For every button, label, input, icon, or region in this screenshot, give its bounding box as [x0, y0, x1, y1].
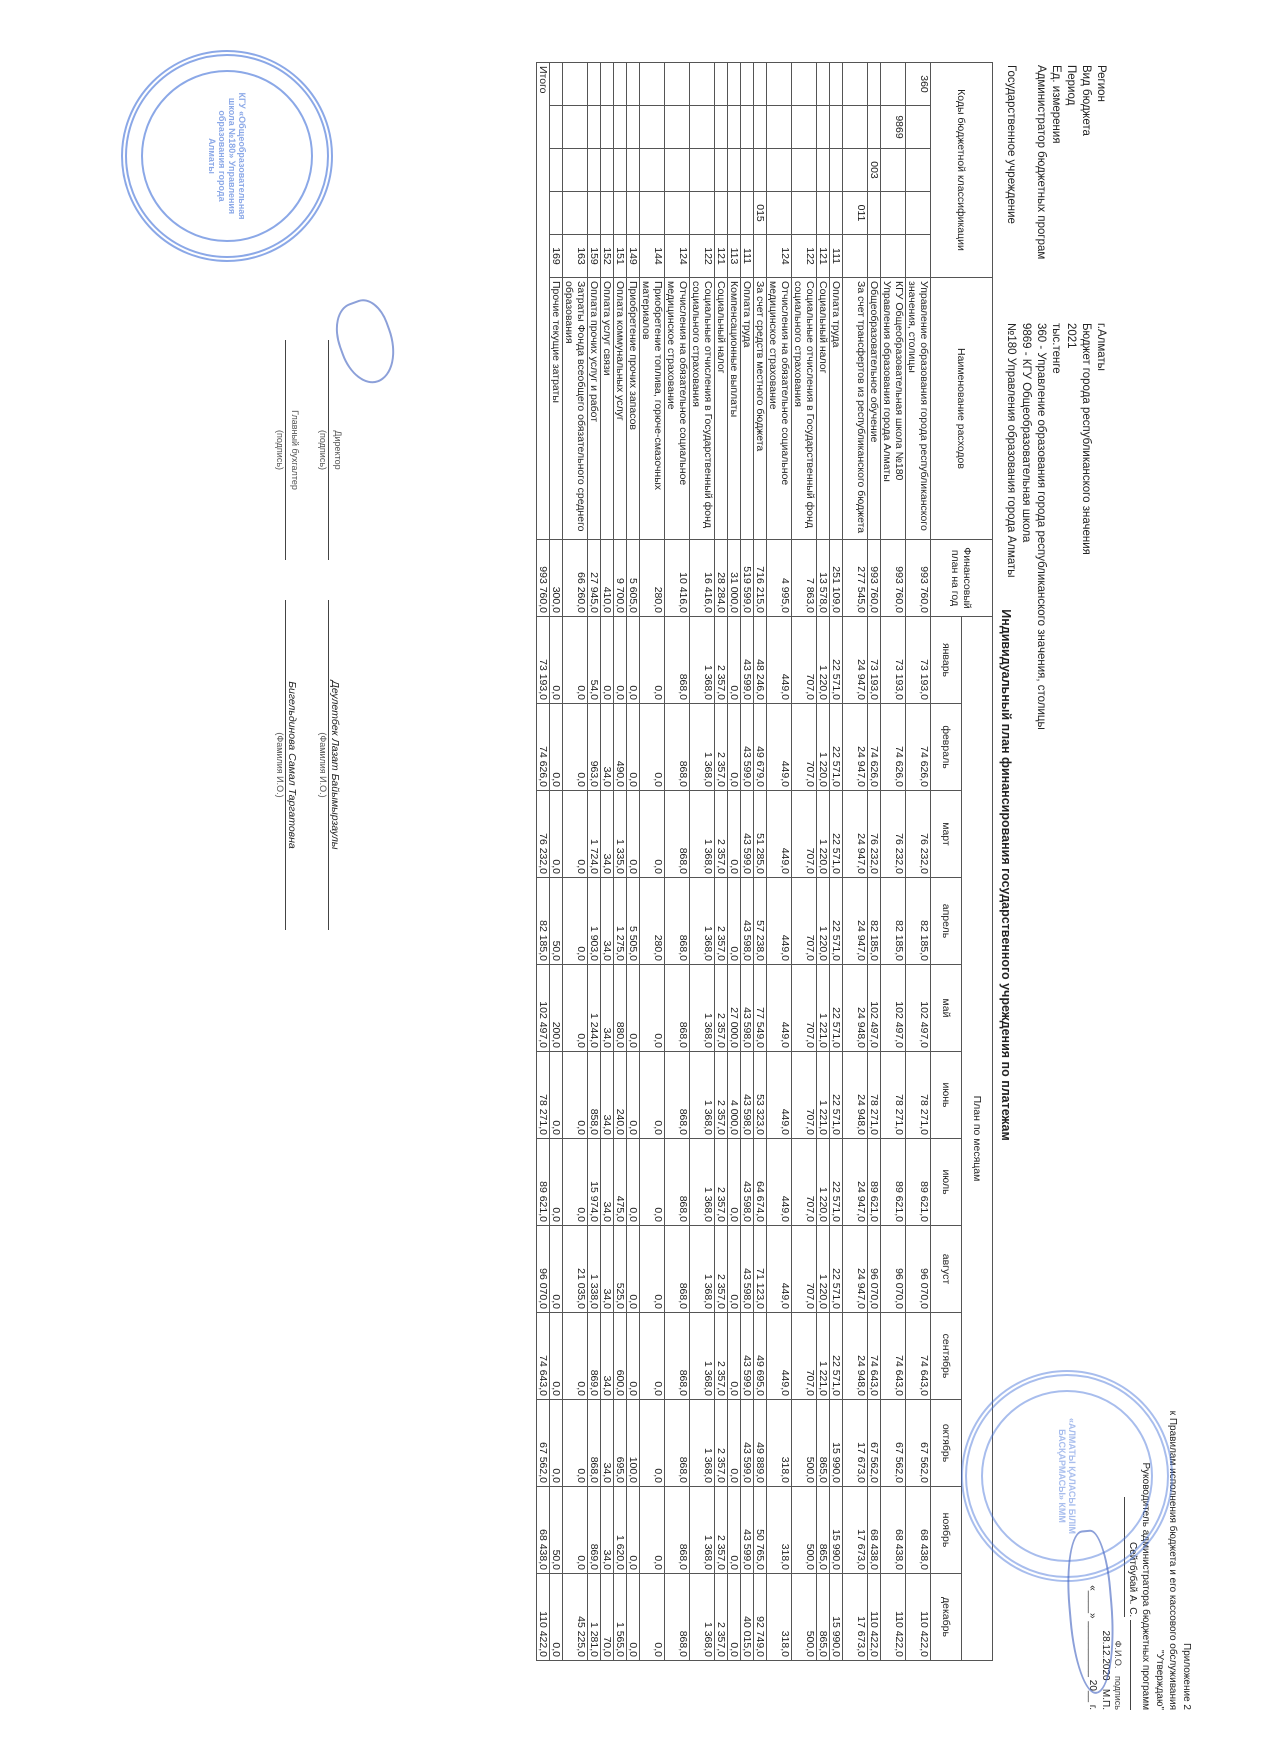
meta-key: Регион	[1093, 65, 1108, 323]
table-row: 124Отчисления на обязательное социальное…	[767, 63, 792, 1661]
budget-code	[601, 106, 614, 149]
monthly-plan: 868,0	[665, 1052, 690, 1139]
monthly-plan: 74 643,0	[881, 1313, 906, 1400]
monthly-plan: 43 598,0	[741, 1139, 754, 1226]
monthly-plan: 24 947,0	[843, 1226, 868, 1313]
monthly-plan: 73 193,0	[868, 617, 881, 704]
annual-plan: 993 760,0	[868, 540, 881, 617]
rules-label: к Правилам исполнения бюджета и его касс…	[1166, 1390, 1180, 1710]
monthly-plan: 102 497,0	[906, 965, 931, 1052]
meta-row: Вид бюджетаБюджет города республиканског…	[1078, 65, 1093, 738]
monthly-plan: 0,0	[550, 704, 563, 791]
header-month: сентябрь	[931, 1313, 962, 1400]
monthly-plan: 74 643,0	[868, 1313, 881, 1400]
annual-plan: 519 599,0	[741, 540, 754, 617]
meta-value: г.Алматы	[1093, 323, 1108, 738]
expense-name: За счет средств местного бюджета	[754, 278, 767, 540]
monthly-plan: 707,0	[792, 791, 817, 878]
monthly-plan: 0,0	[563, 1313, 588, 1400]
monthly-plan: 865,0	[817, 1400, 830, 1487]
monthly-plan: 24 948,0	[843, 965, 868, 1052]
name-caption: (Фамилия И.О.)	[318, 600, 328, 930]
monthly-plan: 73 193,0	[881, 617, 906, 704]
budget-code: 151	[614, 235, 627, 278]
monthly-plan: 51 285,0	[754, 791, 767, 878]
monthly-plan: 24 947,0	[843, 704, 868, 791]
budget-code	[906, 235, 931, 278]
table-row: 159Оплата прочих услуг и работ27 945,054…	[588, 63, 601, 1661]
annual-plan: 410,0	[601, 540, 614, 617]
budget-code	[563, 106, 588, 149]
monthly-plan: 963,0	[588, 704, 601, 791]
monthly-plan: 0,0	[728, 1139, 741, 1226]
monthly-plan: 449,0	[767, 1052, 792, 1139]
budget-code: 122	[792, 235, 817, 278]
budget-code	[881, 63, 906, 106]
budget-code	[868, 63, 881, 106]
monthly-plan: 40 015,0	[741, 1574, 754, 1661]
monthly-plan: 1 281,0	[588, 1574, 601, 1661]
total-monthly: 67 562,0	[537, 1400, 550, 1487]
signature-caption: (подпись)	[275, 340, 285, 560]
budget-code	[741, 192, 754, 235]
monthly-plan: 76 232,0	[906, 791, 931, 878]
monthly-plan: 78 271,0	[906, 1052, 931, 1139]
monthly-plan: 1 368,0	[690, 878, 715, 965]
monthly-plan: 2 357,0	[715, 1226, 728, 1313]
expense-name: Оплата услуг связи	[601, 278, 614, 540]
budget-code	[792, 63, 817, 106]
total-monthly: 74 643,0	[537, 1313, 550, 1400]
monthly-plan: 82 185,0	[881, 878, 906, 965]
budget-code	[640, 149, 665, 192]
monthly-plan: 22 571,0	[830, 791, 843, 878]
table-row: 149Приобретение прочих запасов5 605,00,0…	[627, 63, 640, 1661]
header-month: октябрь	[931, 1400, 962, 1487]
annual-plan: 66 260,0	[563, 540, 588, 617]
annual-plan: 280,0	[640, 540, 665, 617]
budget-code: 124	[665, 235, 690, 278]
monthly-plan: 600,0	[614, 1313, 627, 1400]
monthly-plan: 68 438,0	[881, 1487, 906, 1574]
monthly-plan: 868,0	[665, 965, 690, 1052]
monthly-plan: 102 497,0	[868, 965, 881, 1052]
budget-code: 015	[754, 192, 767, 235]
budget-code	[830, 149, 843, 192]
monthly-plan: 24 947,0	[843, 791, 868, 878]
monthly-plan: 17 673,0	[843, 1400, 868, 1487]
monthly-plan: 1 338,0	[588, 1226, 601, 1313]
budget-code	[715, 63, 728, 106]
monthly-plan: 0,0	[550, 617, 563, 704]
budget-code: 159	[588, 235, 601, 278]
signature-caption: (подпись)	[318, 340, 328, 560]
header-month: январь	[931, 617, 962, 704]
monthly-plan: 0,0	[627, 1574, 640, 1661]
monthly-plan: 4 000,0	[728, 1052, 741, 1139]
annual-plan: 993 760,0	[906, 540, 931, 617]
monthly-plan: 0,0	[640, 704, 665, 791]
appendix-label: Приложение 2	[1180, 1390, 1194, 1710]
meta-value: 9869 - КГУ Общеобразовательная школа	[1018, 323, 1033, 738]
monthly-plan: 17 673,0	[843, 1487, 868, 1574]
monthly-plan: 34,0	[601, 1226, 614, 1313]
monthly-plan: 0,0	[627, 791, 640, 878]
budget-code	[550, 192, 563, 235]
total-monthly: 96 070,0	[537, 1226, 550, 1313]
monthly-plan: 0,0	[728, 1400, 741, 1487]
budget-code	[588, 63, 601, 106]
total-annual: 993 760,0	[537, 540, 550, 617]
school-stamp: КГУ «Общеобразовательная школа №180» Упр…	[121, 50, 333, 262]
total-monthly: 110 422,0	[537, 1574, 550, 1661]
meta-row: Ед. измерениятыс.тенге	[1048, 65, 1063, 738]
budget-code	[843, 149, 868, 192]
monthly-plan: 0,0	[627, 617, 640, 704]
annual-plan: 993 760,0	[881, 540, 906, 617]
table-row: 122Социальные отчисления в Государственн…	[690, 63, 715, 1661]
monthly-plan: 449,0	[767, 791, 792, 878]
monthly-plan: 475,0	[614, 1139, 627, 1226]
monthly-plan: 22 571,0	[830, 1139, 843, 1226]
monthly-plan: 0,0	[550, 1139, 563, 1226]
expense-name: За счет трансфертов из республиканского …	[843, 278, 868, 540]
monthly-plan: 96 070,0	[881, 1226, 906, 1313]
monthly-plan: 0,0	[627, 1139, 640, 1226]
monthly-plan: 868,0	[665, 791, 690, 878]
monthly-plan: 67 562,0	[881, 1400, 906, 1487]
monthly-plan: 0,0	[640, 1400, 665, 1487]
monthly-plan: 74 626,0	[881, 704, 906, 791]
meta-row: 9869 - КГУ Общеобразовательная школа	[1018, 65, 1033, 738]
monthly-plan: 110 422,0	[881, 1574, 906, 1661]
monthly-plan: 0,0	[728, 617, 741, 704]
monthly-plan: 1 220,0	[817, 791, 830, 878]
annual-plan: 277 545,0	[843, 540, 868, 617]
expense-name: Приобретение топлива, горюче-смазочных м…	[640, 278, 665, 540]
monthly-plan: 0,0	[640, 1052, 665, 1139]
monthly-plan: 17 673,0	[843, 1574, 868, 1661]
budget-code	[728, 63, 741, 106]
meta-row: Период2021	[1063, 65, 1078, 738]
annual-plan: 4 995,0	[767, 540, 792, 617]
monthly-plan: 0,0	[640, 1574, 665, 1661]
monthly-plan: 89 621,0	[906, 1139, 931, 1226]
table-row: 169Прочие текущие затраты300,00,00,00,05…	[550, 63, 563, 1661]
monthly-plan: 2 357,0	[715, 791, 728, 878]
monthly-plan: 0,0	[550, 1313, 563, 1400]
monthly-plan: 34,0	[601, 1139, 614, 1226]
annual-plan: 251 109,0	[830, 540, 843, 617]
budget-code	[792, 149, 817, 192]
table-row: 015За счет средств местного бюджета716 2…	[754, 63, 767, 1661]
expense-name: Общеобразовательное обучение	[868, 278, 881, 540]
monthly-plan: 71 123,0	[754, 1226, 767, 1313]
monthly-plan: 449,0	[767, 617, 792, 704]
monthly-plan: 0,0	[550, 791, 563, 878]
monthly-plan: 200,0	[550, 965, 563, 1052]
expense-name: Управление образования города республика…	[906, 278, 931, 540]
header-month: декабрь	[931, 1574, 962, 1661]
monthly-plan: 449,0	[767, 1313, 792, 1400]
monthly-plan: 1 368,0	[690, 704, 715, 791]
monthly-plan: 0,0	[627, 1313, 640, 1400]
monthly-plan: 78 271,0	[881, 1052, 906, 1139]
monthly-plan: 240,0	[614, 1052, 627, 1139]
budget-code	[868, 192, 881, 235]
budget-code	[627, 192, 640, 235]
budget-code	[550, 106, 563, 149]
monthly-plan: 57 238,0	[754, 878, 767, 965]
monthly-plan: 868,0	[665, 1400, 690, 1487]
monthly-plan: 1 220,0	[817, 704, 830, 791]
budget-code	[614, 192, 627, 235]
monthly-plan: 15 990,0	[830, 1574, 843, 1661]
signature-row: Директор(подпись)Деулетбек Лазат Байымыр…	[318, 340, 343, 930]
stamp-place: М.П.	[1100, 1689, 1111, 1710]
monthly-plan: 0,0	[627, 1487, 640, 1574]
monthly-plan: 707,0	[792, 1052, 817, 1139]
budget-code: 011	[843, 192, 868, 235]
budget-code	[906, 149, 931, 192]
budget-code: 111	[830, 235, 843, 278]
monthly-plan: 858,0	[588, 1052, 601, 1139]
monthly-plan: 869,0	[588, 1313, 601, 1400]
total-monthly: 89 621,0	[537, 1139, 550, 1226]
budget-code: 003	[868, 149, 881, 192]
monthly-plan: 1 220,0	[817, 1139, 830, 1226]
monthly-plan: 34,0	[601, 878, 614, 965]
monthly-plan: 2 357,0	[715, 965, 728, 1052]
monthly-plan: 92 749,0	[754, 1574, 767, 1661]
monthly-plan: 1 368,0	[690, 1226, 715, 1313]
monthly-plan: 707,0	[792, 965, 817, 1052]
budget-code: 152	[601, 235, 614, 278]
monthly-plan: 0,0	[640, 617, 665, 704]
monthly-plan: 43 599,0	[741, 1400, 754, 1487]
header-month: ноябрь	[931, 1487, 962, 1574]
monthly-plan: 868,0	[665, 704, 690, 791]
monthly-plan: 2 357,0	[715, 1487, 728, 1574]
monthly-plan: 0,0	[640, 1226, 665, 1313]
table-row: 113Компенсационные выплаты31 000,00,00,0…	[728, 63, 741, 1661]
monthly-plan: 50,0	[550, 1487, 563, 1574]
budget-code	[881, 192, 906, 235]
annual-plan: 5 605,0	[627, 540, 640, 617]
monthly-plan: 0,0	[563, 878, 588, 965]
meta-key: Период	[1063, 65, 1078, 323]
monthly-plan: 500,0	[792, 1574, 817, 1661]
budget-code	[588, 192, 601, 235]
budget-code	[690, 149, 715, 192]
monthly-plan: 96 070,0	[868, 1226, 881, 1313]
budget-code: 124	[767, 235, 792, 278]
monthly-plan: 43 599,0	[741, 1313, 754, 1400]
table-row: 111Оплата труда519 599,043 599,043 599,0…	[741, 63, 754, 1661]
budget-code	[550, 63, 563, 106]
monthly-plan: 1 565,0	[614, 1574, 627, 1661]
budget-code	[830, 106, 843, 149]
budget-code: 360	[906, 63, 931, 106]
budget-code	[563, 149, 588, 192]
expense-name: Затраты Фонда всеобщего обязательного ср…	[563, 278, 588, 540]
document-meta: Регионг.АлматыВид бюджетаБюджет города р…	[1003, 65, 1108, 738]
expense-name: Оплата коммунальных услуг	[614, 278, 627, 540]
monthly-plan: 0,0	[601, 617, 614, 704]
monthly-plan: 43 599,0	[741, 791, 754, 878]
monthly-plan: 449,0	[767, 878, 792, 965]
budget-code: 121	[817, 235, 830, 278]
monthly-plan: 54,0	[588, 617, 601, 704]
monthly-plan: 22 571,0	[830, 1226, 843, 1313]
monthly-plan: 1 220,0	[817, 1226, 830, 1313]
monthly-plan: 27 000,0	[728, 965, 741, 1052]
monthly-plan: 76 232,0	[868, 791, 881, 878]
table-row: 003Общеобразовательное обучение993 760,0…	[868, 63, 881, 1661]
monthly-plan: 1 220,0	[817, 617, 830, 704]
monthly-plan: 24 947,0	[843, 878, 868, 965]
signatures: Директор(подпись)Деулетбек Лазат Байымыр…	[257, 340, 343, 930]
monthly-plan: 68 438,0	[868, 1487, 881, 1574]
monthly-plan: 869,0	[588, 1487, 601, 1574]
budget-code	[868, 235, 881, 278]
monthly-plan: 707,0	[792, 617, 817, 704]
budget-code: 121	[715, 235, 728, 278]
budget-code	[881, 149, 906, 192]
budget-code	[601, 149, 614, 192]
monthly-plan: 77 549,0	[754, 965, 767, 1052]
annual-plan: 31 000,0	[728, 540, 741, 617]
table-row: 360Управление образования города республ…	[906, 63, 931, 1661]
table-row: 163Затраты Фонда всеобщего обязательного…	[563, 63, 588, 1661]
signatory-name: Бигельдинова Самал Таргатовна	[285, 600, 298, 930]
monthly-plan: 0,0	[614, 617, 627, 704]
monthly-plan: 695,0	[614, 1400, 627, 1487]
expense-name: Приобретение прочих запасов	[627, 278, 640, 540]
meta-key: Ед. измерения	[1048, 65, 1063, 323]
budget-code	[767, 149, 792, 192]
budget-code	[881, 235, 906, 278]
monthly-plan: 868,0	[588, 1400, 601, 1487]
monthly-plan: 449,0	[767, 704, 792, 791]
monthly-plan: 1 221,0	[817, 1052, 830, 1139]
monthly-plan: 1 220,0	[817, 878, 830, 965]
annual-plan: 716 215,0	[754, 540, 767, 617]
meta-value: 2021	[1063, 323, 1078, 738]
expense-name: Отчисления на обязательное социальное ме…	[767, 278, 792, 540]
monthly-plan: 1 724,0	[588, 791, 601, 878]
monthly-plan: 50,0	[550, 878, 563, 965]
monthly-plan: 110 422,0	[906, 1574, 931, 1661]
signature-row: Главный бухгалтер(подпись)Бигельдинова С…	[275, 340, 300, 930]
monthly-plan: 449,0	[767, 1139, 792, 1226]
monthly-plan: 34,0	[601, 965, 614, 1052]
monthly-plan: 34,0	[601, 1487, 614, 1574]
budget-code	[792, 106, 817, 149]
monthly-plan: 1 221,0	[817, 965, 830, 1052]
header-month: август	[931, 1226, 962, 1313]
budget-code	[665, 149, 690, 192]
monthly-plan: 0,0	[640, 965, 665, 1052]
name-caption: (Фамилия И.О.)	[275, 600, 285, 930]
monthly-plan: 1 244,0	[588, 965, 601, 1052]
annual-plan: 9 700,0	[614, 540, 627, 617]
budget-code	[906, 106, 931, 149]
monthly-plan: 707,0	[792, 1313, 817, 1400]
monthly-plan: 2 357,0	[715, 704, 728, 791]
budget-code	[754, 63, 767, 106]
monthly-plan: 34,0	[601, 1313, 614, 1400]
header-month: июль	[931, 1139, 962, 1226]
monthly-plan: 49 695,0	[754, 1313, 767, 1400]
budget-code	[690, 106, 715, 149]
monthly-plan: 0,0	[728, 1487, 741, 1574]
monthly-plan: 43 598,0	[741, 1226, 754, 1313]
meta-key: Администратор бюджетных програм	[1033, 65, 1048, 323]
annual-plan: 28 284,0	[715, 540, 728, 617]
budget-code	[715, 192, 728, 235]
monthly-plan: 868,0	[665, 617, 690, 704]
monthly-plan: 1 368,0	[690, 1487, 715, 1574]
budget-code	[627, 149, 640, 192]
total-monthly: 68 438,0	[537, 1487, 550, 1574]
monthly-plan: 67 562,0	[906, 1400, 931, 1487]
table-row: 9869КГУ Общеобразовательная школа №180 У…	[881, 63, 906, 1661]
monthly-plan: 0,0	[563, 1400, 588, 1487]
meta-row: Администратор бюджетных програм360 - Упр…	[1033, 65, 1048, 738]
monthly-plan: 0,0	[563, 791, 588, 878]
document-page: Приложение 2 к Правилам исполнения бюдже…	[0, 0, 1263, 1750]
budget-code	[728, 149, 741, 192]
budget-code	[792, 192, 817, 235]
monthly-plan: 22 571,0	[830, 617, 843, 704]
header-month: февраль	[931, 704, 962, 791]
monthly-plan: 0,0	[627, 1226, 640, 1313]
budget-code	[843, 63, 868, 106]
table-row: 124Отчисления на обязательное социальное…	[665, 63, 690, 1661]
total-row: Итого993 760,073 193,074 626,076 232,082…	[537, 63, 550, 1661]
monthly-plan: 449,0	[767, 1226, 792, 1313]
monthly-plan: 43 598,0	[741, 1052, 754, 1139]
monthly-plan: 0,0	[728, 791, 741, 878]
monthly-plan: 0,0	[627, 704, 640, 791]
monthly-plan: 43 599,0	[741, 704, 754, 791]
monthly-plan: 2 357,0	[715, 1574, 728, 1661]
monthly-plan: 73 193,0	[906, 617, 931, 704]
monthly-plan: 24 948,0	[843, 1052, 868, 1139]
budget-code	[843, 235, 868, 278]
signature-caption: подпись	[1114, 1676, 1124, 1710]
budget-code	[550, 149, 563, 192]
header-name: Наименование расходов	[931, 278, 993, 540]
budget-code	[627, 106, 640, 149]
monthly-plan: 34,0	[601, 791, 614, 878]
total-monthly: 82 185,0	[537, 878, 550, 965]
expense-name: Оплата труда	[830, 278, 843, 540]
monthly-plan: 2 357,0	[715, 1052, 728, 1139]
monthly-plan: 0,0	[563, 1487, 588, 1574]
monthly-plan: 21 035,0	[563, 1226, 588, 1313]
monthly-plan: 0,0	[563, 617, 588, 704]
budget-code	[767, 106, 792, 149]
monthly-plan: 1 368,0	[690, 1400, 715, 1487]
monthly-plan: 1 368,0	[690, 1574, 715, 1661]
monthly-plan: 865,0	[817, 1574, 830, 1661]
expense-name: Оплата труда	[741, 278, 754, 540]
monthly-plan: 490,0	[614, 704, 627, 791]
monthly-plan: 76 232,0	[881, 791, 906, 878]
budget-code	[715, 106, 728, 149]
